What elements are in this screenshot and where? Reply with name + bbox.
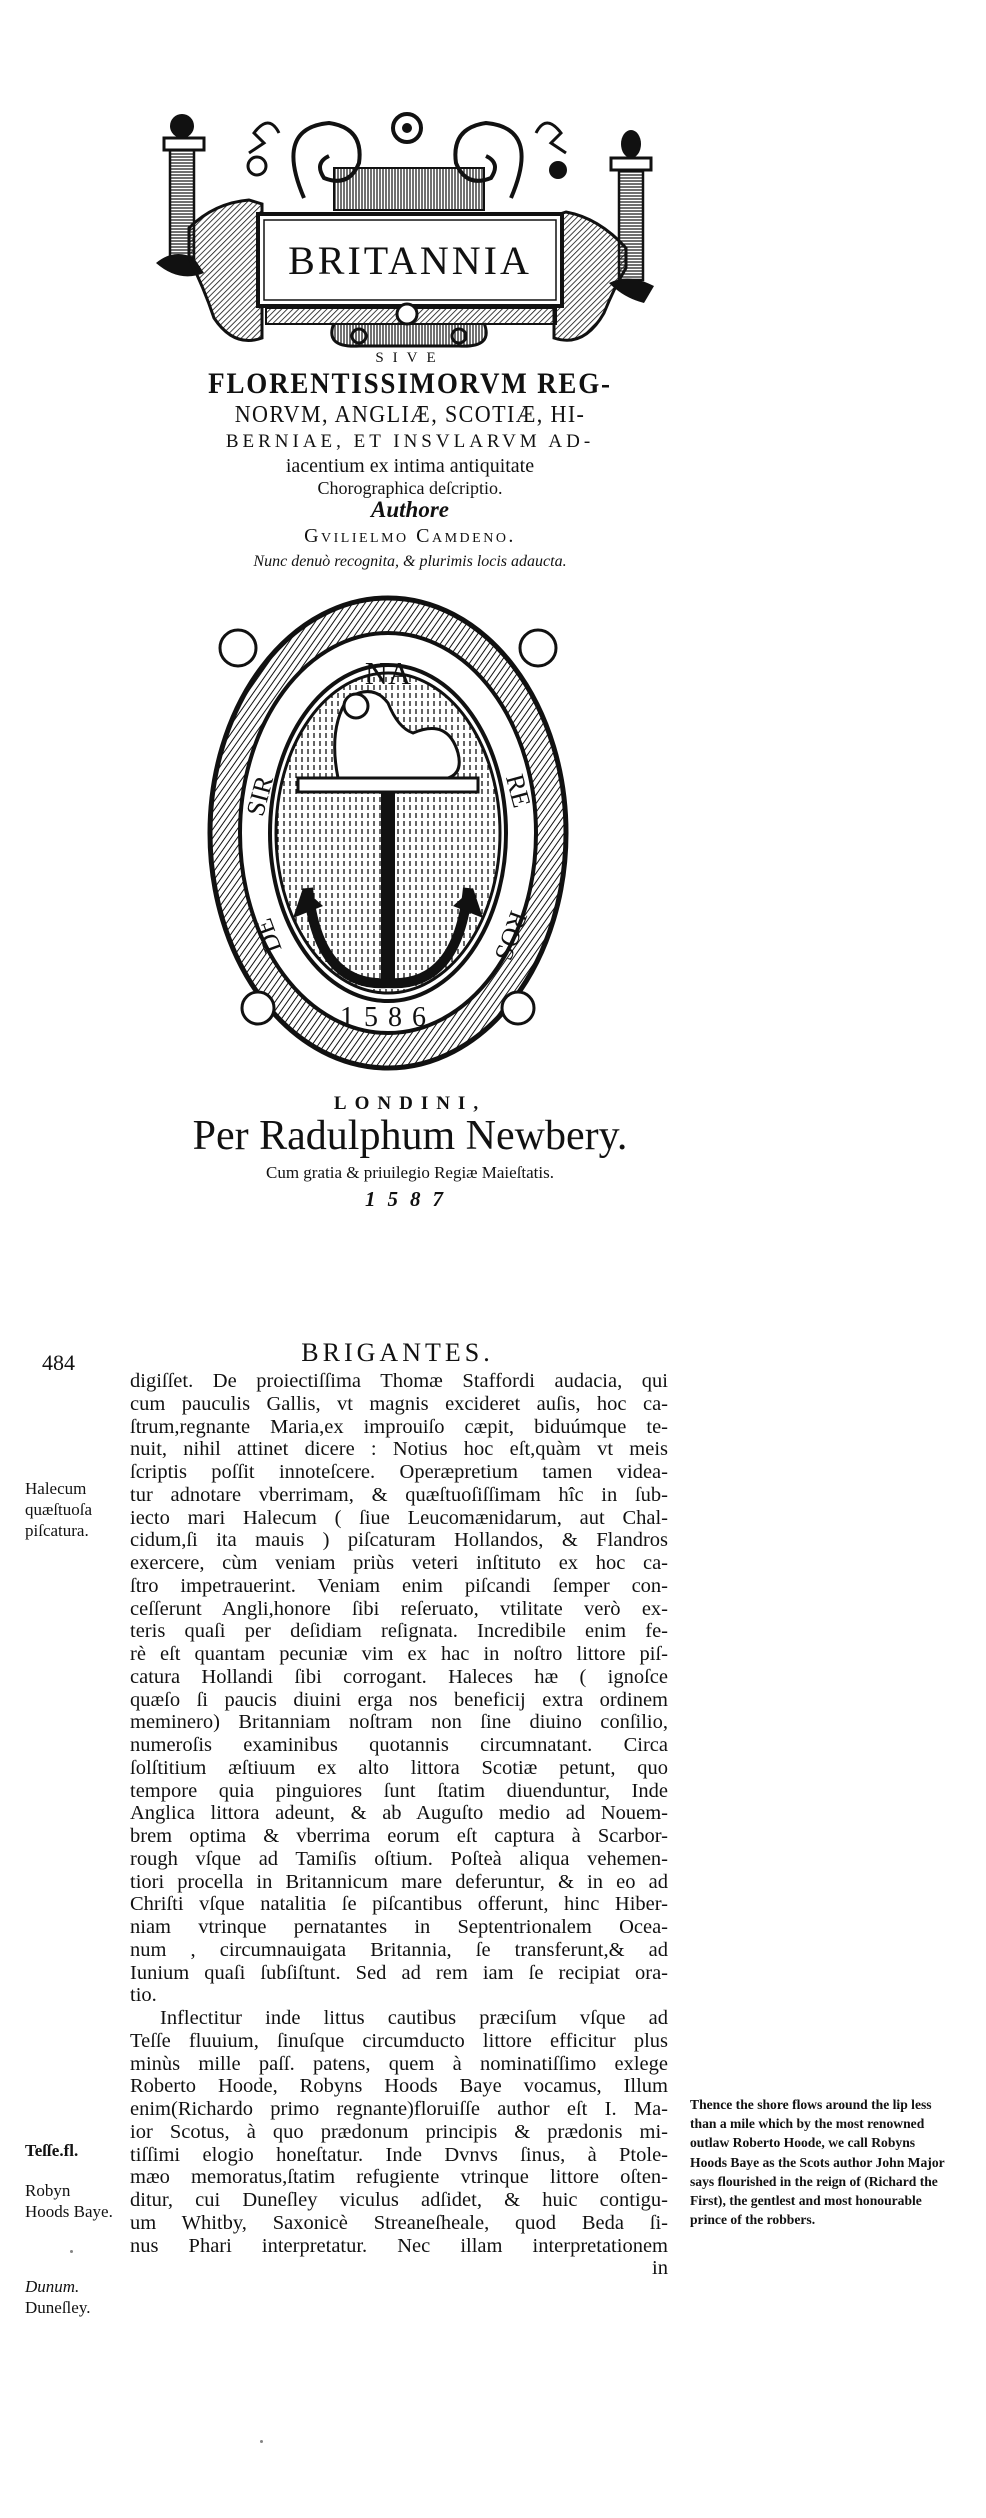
text-line: num , circumnauigata Britannia, ſe trans… — [130, 1939, 668, 1962]
text-line: Teſſe fluuium, ſinuſque circumducto litt… — [130, 2030, 668, 2053]
svg-text:NA: NA — [365, 655, 411, 691]
book-title: BRITANNIA — [288, 237, 532, 284]
text-line: teris quaſi per deſidiam reſignata. Incr… — [130, 1620, 668, 1643]
margin-note-line: Dunum. — [25, 2276, 90, 2297]
text-line: tiori procella in Britannicum mare defer… — [130, 1871, 668, 1894]
authore-label: Authore — [140, 497, 680, 523]
running-head: BRIGANTES. — [130, 1338, 665, 1368]
text-line: nuit, nihil attinet dicere : Notius hoc … — [130, 1438, 668, 1461]
printers-device-emblem-icon: NA SIR RE DE ROS 1586 — [198, 588, 578, 1078]
margin-note-dunum: Dunum. Duneſley. — [25, 2276, 90, 2318]
text-line: brem optima & vberrima eorum eſt captura… — [130, 1825, 668, 1848]
text-line: mæo memoratus,ſtatim refugiente vtrinque… — [130, 2166, 668, 2189]
text-line: enim(Richardo primo regnante)floruiſſe a… — [130, 2098, 668, 2121]
text-line: um Whitby, Saxonicè Streaneſheale, quod … — [130, 2212, 668, 2235]
subtitle-line-4: iacentium ex intima antiquitate — [140, 455, 680, 478]
text-line: exercere, cùm veniam priùs veteri inſtit… — [130, 1552, 668, 1575]
margin-note-line: Halecum — [25, 1478, 92, 1499]
margin-note-line: Teſſe.fl. — [25, 2140, 78, 2161]
text-line: Anglica littora adeunt, & ab Auguſto med… — [130, 1802, 668, 1825]
text-line: catura Hollandi ſibi corrogant. Haleces … — [130, 1666, 668, 1689]
body-text: digiſſet. De proiectiſſima Thomæ Staffor… — [130, 1370, 668, 2280]
subtitle-line-2: NORVM, ANGLIÆ, SCOTIÆ, HI- — [162, 402, 659, 429]
text-line: tiſſimi elogio honeſtatur. Inde Dvnvs ſi… — [130, 2144, 668, 2167]
text-line: ditur, cui Duneſley viculus adſidet, & h… — [130, 2189, 668, 2212]
text-line: tio. — [130, 1984, 668, 2007]
imprint-year: 1587 — [140, 1187, 680, 1212]
text-line: Chriſti vſque natalitia ſe piſcantibus o… — [130, 1893, 668, 1916]
subtitle-sive: SIVE — [140, 350, 680, 367]
author-name: Gvilielmo Camdeno. — [140, 525, 680, 548]
text-line: iecto mari Halecum ( ſiue Leucomænidarum… — [130, 1507, 668, 1530]
subtitle-line-5: Chorographica deſcriptio. — [140, 478, 680, 499]
margin-note-tesse: Teſſe.fl. — [25, 2140, 78, 2161]
svg-text:1586: 1586 — [340, 1002, 436, 1033]
title-cartouche: BRITANNIA — [154, 108, 661, 353]
text-line: cidum,ſi ita mauis ) piſcaturam Hollando… — [130, 1529, 668, 1552]
text-line: ſtrum,regnante Maria,ex improuiſo cæpit,… — [130, 1416, 668, 1439]
imprint-printer: Per Radulphum Newbery. — [140, 1112, 680, 1160]
translation-note: Thence the shore flows around the lip le… — [690, 2095, 946, 2229]
text-line: Iunium quaſi ſubſiſtunt. Sed ad rem iam … — [130, 1962, 668, 1985]
text-line: niam vtrinque pernatantes in Septentrion… — [130, 1916, 668, 1939]
margin-note-robyn-hoods-baye: Robyn Hoods Baye. — [25, 2180, 113, 2222]
margin-note-halecum: Halecum quæſtuoſa piſcatura. — [25, 1478, 92, 1541]
text-line: nus Phari interpretatur. Nec illam inter… — [130, 2235, 668, 2258]
text-line: ceſſerunt Angli,honore ſibi reſeruato, v… — [130, 1598, 668, 1621]
subtitle-line-3: BERNIAE, ET INSVLARVM AD- — [140, 431, 680, 453]
margin-note-line: piſcatura. — [25, 1520, 92, 1541]
margin-note-line: Robyn — [25, 2180, 113, 2201]
margin-note-line: Hoods Baye. — [25, 2201, 113, 2222]
text-line: rè eſt quantam pecuniæ vim ex hac in noſ… — [130, 1643, 668, 1666]
text-line: ior Scotus, à quo prædonum principis & p… — [130, 2121, 668, 2144]
margin-note-line: quæſtuoſa — [25, 1499, 92, 1520]
text-line: Roberto Hoode, Robyns Hoods Baye vocamus… — [130, 2075, 668, 2098]
text-line: cum pauculis Gallis, vt magnis excideret… — [130, 1393, 668, 1416]
text-line: digiſſet. De proiectiſſima Thomæ Staffor… — [130, 1370, 668, 1393]
text-line: numeroſis examinibus quotannis circumnat… — [130, 1734, 668, 1757]
title-box: BRITANNIA — [260, 217, 560, 303]
imprint-privilege: Cum gratia & priuilegio Regiæ Maieſtatis… — [140, 1163, 680, 1183]
text-line: tempore quia pinguiores ſunt ſtatim diue… — [130, 1780, 668, 1803]
margin-note-line: Duneſley. — [25, 2297, 90, 2318]
text-line: ſtro impetrauerint. Veniam enim piſcandi… — [130, 1575, 668, 1598]
text-line: tur adnotare vberrimam, & quæſtuoſiſſima… — [130, 1484, 668, 1507]
text-line: ſcriptis poſſit innoteſcere. Operæpretiu… — [130, 1461, 668, 1484]
text-line: ſolſtitium æſtiuum ex alto littora Scoti… — [130, 1757, 668, 1780]
text-line: minùs mille paſſ. patens, quem à nominat… — [130, 2053, 668, 2076]
printers-device: NA SIR RE DE ROS 1586 — [198, 588, 578, 1078]
text-line: Inflectitur inde littus cautibus præciſu… — [130, 2007, 668, 2030]
edition-note: Nunc denuò recognita, & plurimis locis a… — [140, 553, 680, 571]
page-number: 484 — [42, 1350, 75, 1376]
subtitle-line-1: FLORENTISSIMORVM REG- — [167, 367, 653, 401]
catchword: in — [130, 2257, 668, 2280]
text-line: quæſo ſi paucis diuini erga nos benefici… — [130, 1689, 668, 1712]
text-line: meminero) Britanniam noſtram non ſine di… — [130, 1711, 668, 1734]
ink-speck — [70, 2250, 73, 2253]
text-line: rough vſque ad Tamiſis oſtium. Poſteà al… — [130, 1848, 668, 1871]
ink-speck — [260, 2440, 263, 2443]
